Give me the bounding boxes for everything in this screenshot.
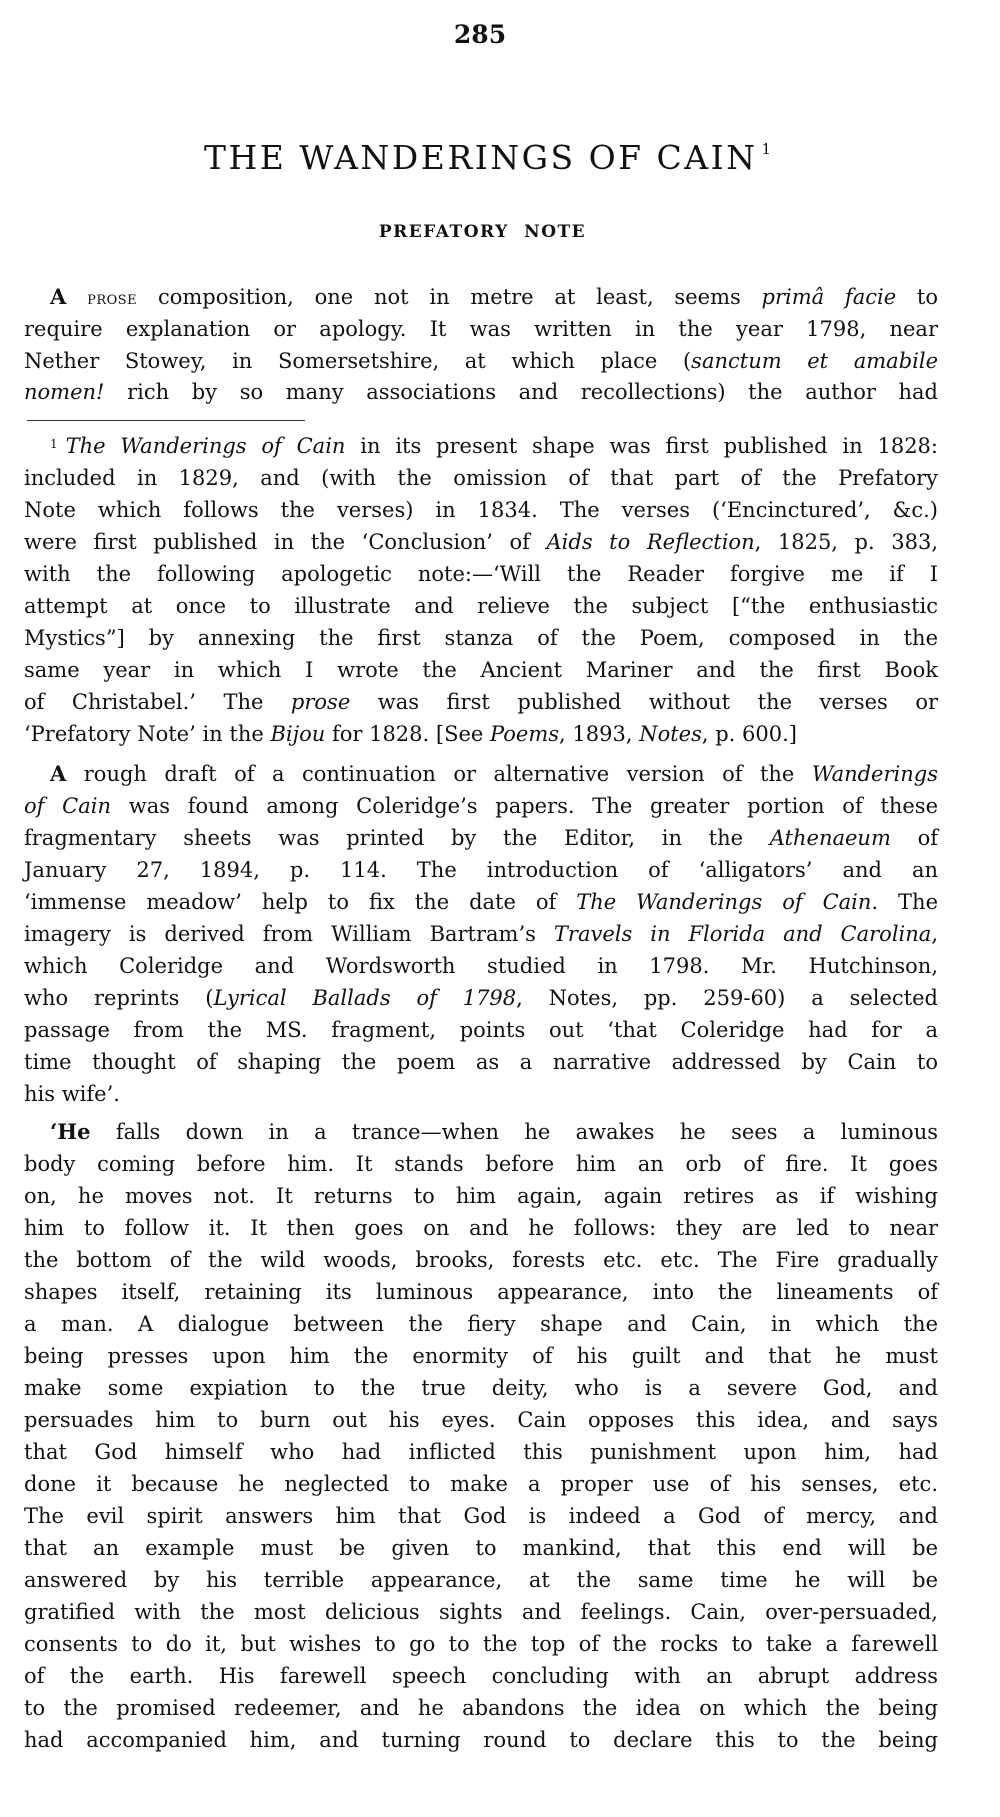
- text-line: who reprints (Lyrical Ballads of 1798, N…: [24, 982, 938, 1014]
- text-line: included in 1829, and (with the omission…: [24, 462, 938, 494]
- italic-text: The Wanderings of Cain: [576, 890, 871, 914]
- line-text: ,: [931, 922, 938, 946]
- drop-word: ‘He: [50, 1119, 91, 1144]
- italic-text: Travels in Florida and Carolina: [554, 922, 931, 946]
- italic-text: of Cain: [24, 794, 111, 818]
- line-text: Nether Stowey, in Somersetshire, at whic…: [24, 349, 691, 373]
- text-line: consents to do it, but wishes to go to t…: [24, 1628, 938, 1660]
- text-line: fragmentary sheets was printed by the Ed…: [24, 822, 938, 854]
- text-line: ‘immense meadow’ help to fix the date of…: [24, 886, 938, 918]
- text-line: passage from the MS. fragment, points ou…: [24, 1014, 938, 1046]
- line-text: was first published without the verses o…: [350, 690, 938, 714]
- text-line: imagery is derived from William Bartram’…: [24, 918, 938, 950]
- text-line: had accompanied him, and turning round t…: [24, 1724, 938, 1756]
- line-text: rough draft of a continuation or alterna…: [66, 762, 812, 786]
- line-text: , 1825, p. 383,: [755, 530, 938, 554]
- line-text: time thought of shaping the poem as a na…: [24, 1050, 938, 1074]
- line-text: of the earth. His farewell speech conclu…: [24, 1664, 938, 1688]
- text-line: to the promised redeemer, and he abandon…: [24, 1692, 938, 1724]
- line-text: of Christabel.’ The: [24, 690, 291, 714]
- smallcaps-word: prose: [87, 287, 137, 309]
- italic-text: Aids to Reflection: [547, 530, 755, 554]
- line-text: being presses upon him the enormity of h…: [24, 1344, 938, 1368]
- line-text: gratified with the most delicious sights…: [24, 1600, 938, 1624]
- line-text: in its present shape was first published…: [345, 434, 938, 458]
- line-text: to the promised redeemer, and he abandon…: [24, 1696, 938, 1720]
- italic-text: sanctum et amabile: [691, 349, 938, 373]
- text-line: that God himself who had inflicted this …: [24, 1436, 938, 1468]
- text-line: require explanation or apology. It was w…: [24, 313, 938, 345]
- footnote-separator-rule: [27, 420, 305, 421]
- line-text: fragmentary sheets was printed by the Ed…: [24, 826, 770, 850]
- text-line: ‘Prefatory Note’ in the Bijou for 1828. …: [24, 718, 938, 750]
- text-line: time thought of shaping the poem as a na…: [24, 1046, 938, 1078]
- text-line: A rough draft of a continuation or alter…: [50, 758, 938, 790]
- text-line: being presses upon him the enormity of h…: [24, 1340, 938, 1372]
- line-text: shapes itself, retaining its luminous ap…: [24, 1280, 938, 1304]
- text-line: his wife’.: [24, 1078, 938, 1110]
- text-line: done it because he neglected to make a p…: [24, 1468, 938, 1500]
- line-text: , Notes, pp. 259-60) a selected: [516, 986, 938, 1010]
- line-text: which Coleridge and Wordsworth studied i…: [24, 954, 938, 978]
- line-text: require explanation or apology. It was w…: [24, 317, 938, 341]
- line-text: were first published in the ‘Conclusion’…: [24, 530, 547, 554]
- line-text: that God himself who had inflicted this …: [24, 1440, 938, 1464]
- drop-word: A: [50, 761, 66, 786]
- line-text: , 1893,: [559, 722, 639, 746]
- text-line: nomen! rich by so many associations and …: [24, 376, 938, 408]
- page-number: 285: [0, 20, 960, 49]
- italic-text: Wanderings: [812, 762, 938, 786]
- line-text: had accompanied him, and turning round t…: [24, 1728, 938, 1752]
- text-line: of Christabel.’ The prose was first publ…: [24, 686, 938, 718]
- text-line: of Cain was found among Coleridge’s pape…: [24, 790, 938, 822]
- text-line: January 27, 1894, p. 114. The introducti…: [24, 854, 938, 886]
- line-text: make some expiation to the true deity, w…: [24, 1376, 938, 1400]
- line-text: Note which follows the verses) in 1834. …: [24, 498, 938, 522]
- text-line: 1The Wanderings of Cain in its present s…: [50, 430, 938, 462]
- line-text: ‘Prefatory Note’ in the: [24, 722, 270, 746]
- text-line: body coming before him. It stands before…: [24, 1148, 938, 1180]
- line-text: consents to do it, but wishes to go to t…: [24, 1632, 938, 1656]
- line-text: the bottom of the wild woods, brooks, fo…: [24, 1248, 938, 1272]
- text-line: Note which follows the verses) in 1834. …: [24, 494, 938, 526]
- italic-text: Poems: [490, 722, 559, 746]
- line-text: imagery is derived from William Bartram’…: [24, 922, 554, 946]
- line-text: his wife’.: [24, 1082, 120, 1106]
- text-line: a man. A dialogue between the fiery shap…: [24, 1308, 938, 1340]
- line-text: body coming before him. It stands before…: [24, 1152, 938, 1176]
- text-line: gratified with the most delicious sights…: [24, 1596, 938, 1628]
- text-line: Mystics”] by annexing the first stanza o…: [24, 622, 938, 654]
- italic-text: Bijou: [270, 722, 325, 746]
- text-line: attempt at once to illustrate and reliev…: [24, 590, 938, 622]
- line-text: of: [891, 826, 938, 850]
- italic-text: primâ facie: [762, 285, 897, 309]
- text-line: persuades him to burn out his eyes. Cain…: [24, 1404, 938, 1436]
- footnote-marker: 1: [50, 437, 58, 451]
- italic-text: Athenaeum: [770, 826, 891, 850]
- italic-text: prose: [291, 690, 350, 714]
- line-text: attempt at once to illustrate and reliev…: [24, 594, 938, 618]
- line-text: January 27, 1894, p. 114. The introducti…: [24, 858, 938, 882]
- section-heading: PREFATORY NOTE: [0, 222, 965, 242]
- line-text: him to follow it. It then goes on and he…: [24, 1216, 938, 1240]
- line-text: answered by his terrible appearance, at …: [24, 1568, 938, 1592]
- page-title: THE WANDERINGS OF CAIN1: [0, 138, 975, 177]
- italic-text: The Wanderings of Cain: [66, 434, 346, 458]
- italic-text: nomen!: [24, 380, 104, 404]
- line-text: , p. 600.]: [702, 722, 797, 746]
- line-text: a man. A dialogue between the fiery shap…: [24, 1312, 938, 1336]
- text-line: A prose composition, one not in metre at…: [50, 281, 938, 313]
- text-line: Nether Stowey, in Somersetshire, at whic…: [24, 345, 938, 377]
- line-text: that an example must be given to mankind…: [24, 1536, 938, 1560]
- line-text: The evil spirit answers him that God is …: [24, 1504, 938, 1528]
- line-text: for 1828. [See: [325, 722, 490, 746]
- text-line: same year in which I wrote the Ancient M…: [24, 654, 938, 686]
- text-line: answered by his terrible appearance, at …: [24, 1564, 938, 1596]
- italic-text: Notes: [639, 722, 702, 746]
- line-text: included in 1829, and (with the omission…: [24, 466, 938, 490]
- title-footnote-ref: 1: [762, 140, 772, 158]
- line-text: Mystics”] by annexing the first stanza o…: [24, 626, 938, 650]
- line-text: falls down in a trance—when he awakes he…: [91, 1120, 938, 1144]
- line-text: passage from the MS. fragment, points ou…: [24, 1018, 938, 1042]
- line-text: composition, one not in metre at least, …: [137, 285, 761, 309]
- line-text: with the following apologetic note:—‘Wil…: [24, 562, 938, 586]
- line-text: . The: [871, 890, 938, 914]
- line-text: was found among Coleridge’s papers. The …: [111, 794, 938, 818]
- text-line: shapes itself, retaining its luminous ap…: [24, 1276, 938, 1308]
- title-text: THE WANDERINGS OF CAIN: [204, 138, 758, 177]
- text-line: the bottom of the wild woods, brooks, fo…: [24, 1244, 938, 1276]
- text-line: which Coleridge and Wordsworth studied i…: [24, 950, 938, 982]
- text-line: of the earth. His farewell speech conclu…: [24, 1660, 938, 1692]
- text-line: with the following apologetic note:—‘Wil…: [24, 558, 938, 590]
- line-text: on, he moves not. It returns to him agai…: [24, 1184, 938, 1208]
- line-text: rich by so many associations and recolle…: [104, 380, 938, 404]
- text-line: on, he moves not. It returns to him agai…: [24, 1180, 938, 1212]
- text-line: ‘He falls down in a trance—when he awake…: [50, 1116, 938, 1148]
- text-line: The evil spirit answers him that God is …: [24, 1500, 938, 1532]
- line-text: persuades him to burn out his eyes. Cain…: [24, 1408, 938, 1432]
- line-text: to: [896, 285, 938, 309]
- drop-word: A: [50, 284, 66, 309]
- text-line: were first published in the ‘Conclusion’…: [24, 526, 938, 558]
- text-line: him to follow it. It then goes on and he…: [24, 1212, 938, 1244]
- italic-text: Lyrical Ballads of 1798: [213, 986, 516, 1010]
- text-line: make some expiation to the true deity, w…: [24, 1372, 938, 1404]
- line-text: same year in which I wrote the Ancient M…: [24, 658, 938, 682]
- line-text: done it because he neglected to make a p…: [24, 1472, 938, 1496]
- text-line: that an example must be given to mankind…: [24, 1532, 938, 1564]
- line-text: who reprints (: [24, 986, 213, 1010]
- line-text: ‘immense meadow’ help to fix the date of: [24, 890, 576, 914]
